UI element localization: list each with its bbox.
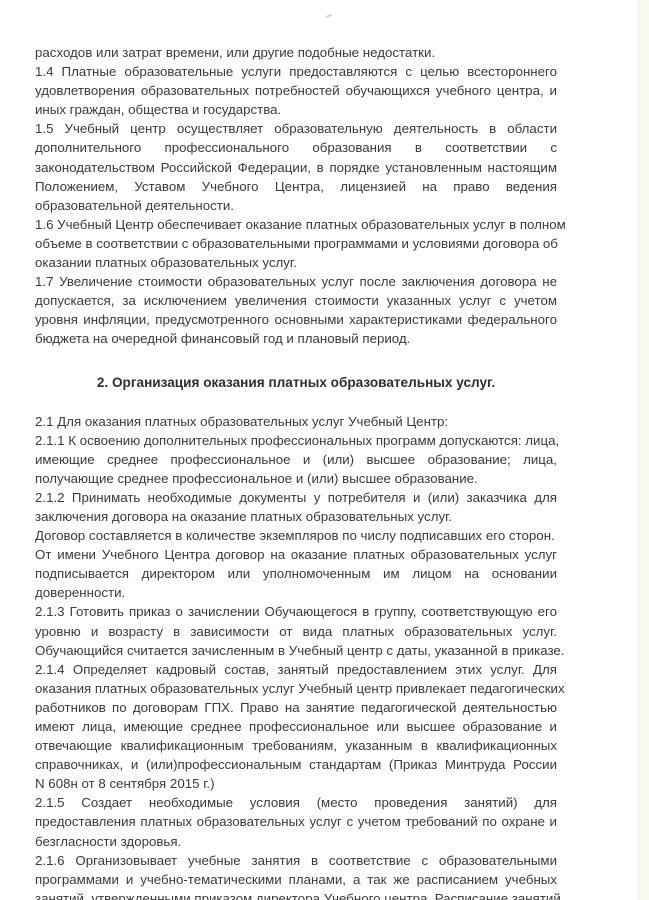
text-line: Положением, Уставом Учебного Центра, лиц… [35, 177, 557, 196]
section-2-heading: 2. Организация оказания платных образова… [35, 373, 557, 393]
text-line: заключения договора на оказание платных … [35, 507, 557, 526]
text-line: законодательством Российской Федерации, … [35, 158, 557, 177]
text-line: удовлетворения образовательных потребнос… [35, 81, 557, 100]
text-line: N 608н от 8 сентября 2015 г.) [35, 774, 557, 793]
text-line: безгласности здоровья. [35, 832, 557, 851]
text-line: подписывается директором или уполномочен… [35, 564, 557, 583]
text-line: занятий, утвержденными приказом директор… [35, 889, 557, 900]
text-line: иных граждан, общества и государства. [35, 100, 557, 119]
text-line: справочниках, и (или)профессиональным ст… [35, 755, 557, 774]
text-line: От имени Учебного Центра договор на оказ… [35, 545, 557, 564]
text-line: 1.5 Учебный центр осуществляет образоват… [35, 119, 557, 138]
text-line: 2.1.1 К освоению дополнительных професси… [35, 431, 557, 450]
text-line: имеющие среднее профессиональное и (или)… [35, 450, 557, 469]
text-line: бюджета на очередной финансовый год и пл… [35, 329, 557, 348]
text-line: объеме в соответствии с образовательными… [35, 234, 557, 253]
scan-page-edge [638, 0, 649, 900]
text-line: расходов или затрат времени, или другие … [35, 43, 557, 62]
text-line: доверенности. [35, 583, 557, 602]
text-line: 1.7 Увеличение стоимости образовательных… [35, 272, 557, 291]
text-line: уровня инфляции, предусмотренного основн… [35, 310, 557, 329]
text-line: оказании платных образовательных услуг. [35, 253, 557, 272]
text-line: отвечающие квалификационным требованиям,… [35, 736, 557, 755]
text-line: имеют лица, имеющие среднее профессионал… [35, 717, 557, 736]
text-line: 2.1.4 Определяет кадровый состав, заняты… [35, 660, 557, 679]
text-line: оказания платных образовательных услуг У… [35, 679, 557, 698]
document-page: расходов или затрат времени, или другие … [35, 43, 557, 900]
text-line: 1.6 Учебный Центр обеспечивает оказание … [35, 215, 557, 234]
text-line: программами и учебно-тематическими плана… [35, 870, 557, 889]
text-line: 2.1.5 Создает необходимые условия (место… [35, 793, 557, 812]
text-line: дополнительного профессионального образо… [35, 138, 557, 157]
text-line: 2.1.3 Готовить приказ о зачислении Обуча… [35, 602, 557, 621]
text-line: получающие среднее профессиональное и (и… [35, 469, 557, 488]
text-line: 2.1.6 Организовывает учебные занятия в с… [35, 851, 557, 870]
text-line: образовательной деятельности. [35, 196, 557, 215]
scan-artifact [326, 14, 332, 18]
text-line: Договор составляется в количестве экземп… [35, 526, 557, 545]
text-line: 2.1.2 Принимать необходимые документы у … [35, 488, 557, 507]
text-line: 2.1 Для оказания платных образовательных… [35, 412, 557, 431]
section-2-body: 2.1 Для оказания платных образовательных… [35, 412, 557, 900]
text-line: допускается, за исключением увеличения с… [35, 291, 557, 310]
text-line: работников по договорам ГПХ. Право на за… [35, 698, 557, 717]
text-line: предоставления платных образовательных у… [35, 812, 557, 831]
text-line: 1.4 Платные образовательные услуги предо… [35, 62, 557, 81]
text-line: Обучающийся считается зачисленным в Учеб… [35, 641, 557, 660]
section-1-tail: расходов или затрат времени, или другие … [35, 43, 557, 349]
text-line: уровню и возрасту в зависимости от вида … [35, 622, 557, 641]
